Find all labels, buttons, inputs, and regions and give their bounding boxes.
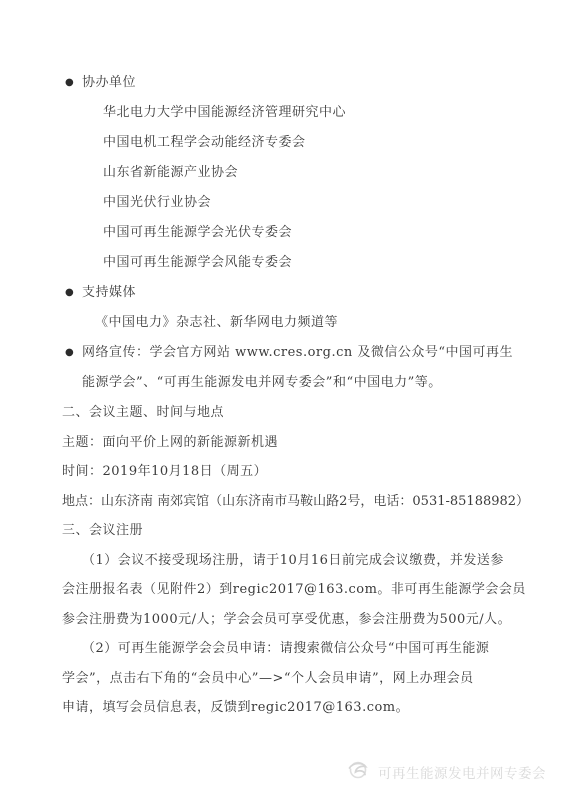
organizer-item: 山东省新能源产业协会 [62,158,508,188]
paragraph-line: 时间：2019年10月18日（周五） [62,457,508,487]
cres-swoosh-logo-icon [347,760,373,784]
document-body: ●协办单位华北电力大学中国能源经济管理研究中心中国电机工程学会动能经济专委会山东… [62,68,508,723]
watermark-text: 可再生能源发电并网专委会 [378,762,546,782]
media-item: 《中国电力》杂志社、新华网电力频道等 [62,308,508,338]
bullet-dot-icon: ● [65,348,75,358]
section-heading: 二、会议主题、时间与地点 [62,398,508,428]
paragraph-line: 能源学会”、“可再生能源发电并网专委会”和“中国电力”等。 [62,368,508,398]
document-page: ●协办单位华北电力大学中国能源经济管理研究中心中国电机工程学会动能经济专委会山东… [0,0,566,800]
organizer-item: 华北电力大学中国能源经济管理研究中心 [62,98,508,128]
bullet-item-label: 支持媒体 [82,278,136,308]
paragraph-line: 学会”，点击右下角的“会员中心”—>“个人会员申请”，网上办理会员 [62,664,508,694]
meeting-info-and-registration: 二、会议主题、时间与地点主题：面向平价上网的新能源新机遇时间：2019年10月1… [62,398,508,723]
organizer-item: 中国可再生能源学会光伏专委会 [62,218,508,248]
bullet-item-label: 网络宣传：学会官方网站 www.cres.org.cn 及微信公众号“中国可再生 [82,338,513,368]
paragraph-line: 地点：山东济南 南郊宾馆（山东济南市马鞍山路2号，电话：0531-8518898… [62,487,508,517]
organizer-item: 中国光伏行业协会 [62,188,508,218]
paragraph-line: 申请，填写会员信息表，反馈到regic2017@163.com。 [62,693,508,723]
section-heading: 三、会议注册 [62,516,508,546]
paragraph-line: 会注册报名表（见附件2）到regic2017@163.com。非可再生能源学会会… [62,575,508,605]
bullet-item-label: 协办单位 [82,68,136,98]
bullet-dot-icon: ● [65,288,75,298]
watermark-footer: 可再生能源发电并网专委会 [347,760,546,784]
organizer-item: 中国可再生能源学会风能专委会 [62,248,508,278]
paragraph-line: 参会注册费为1000元/人；学会会员可享受优惠，参会注册费为500元/人。 [62,605,508,635]
bullet-list-item: ●支持媒体 [62,278,508,308]
organizer-item: 中国电机工程学会动能经济专委会 [62,128,508,158]
bullet-dot-icon: ● [65,78,75,88]
organizers-and-media: ●协办单位华北电力大学中国能源经济管理研究中心中国电机工程学会动能经济专委会山东… [62,68,508,398]
paragraph-line: 主题：面向平价上网的新能源新机遇 [62,428,508,458]
bullet-list-item: ●网络宣传：学会官方网站 www.cres.org.cn 及微信公众号“中国可再… [62,338,508,368]
paragraph-line: （1）会议不接受现场注册，请于10月16日前完成会议缴费，并发送参 [62,546,508,576]
bullet-list-item: ●协办单位 [62,68,508,98]
paragraph-line: （2）可再生能源学会会员申请：请搜索微信公众号“中国可再生能源 [62,634,508,664]
